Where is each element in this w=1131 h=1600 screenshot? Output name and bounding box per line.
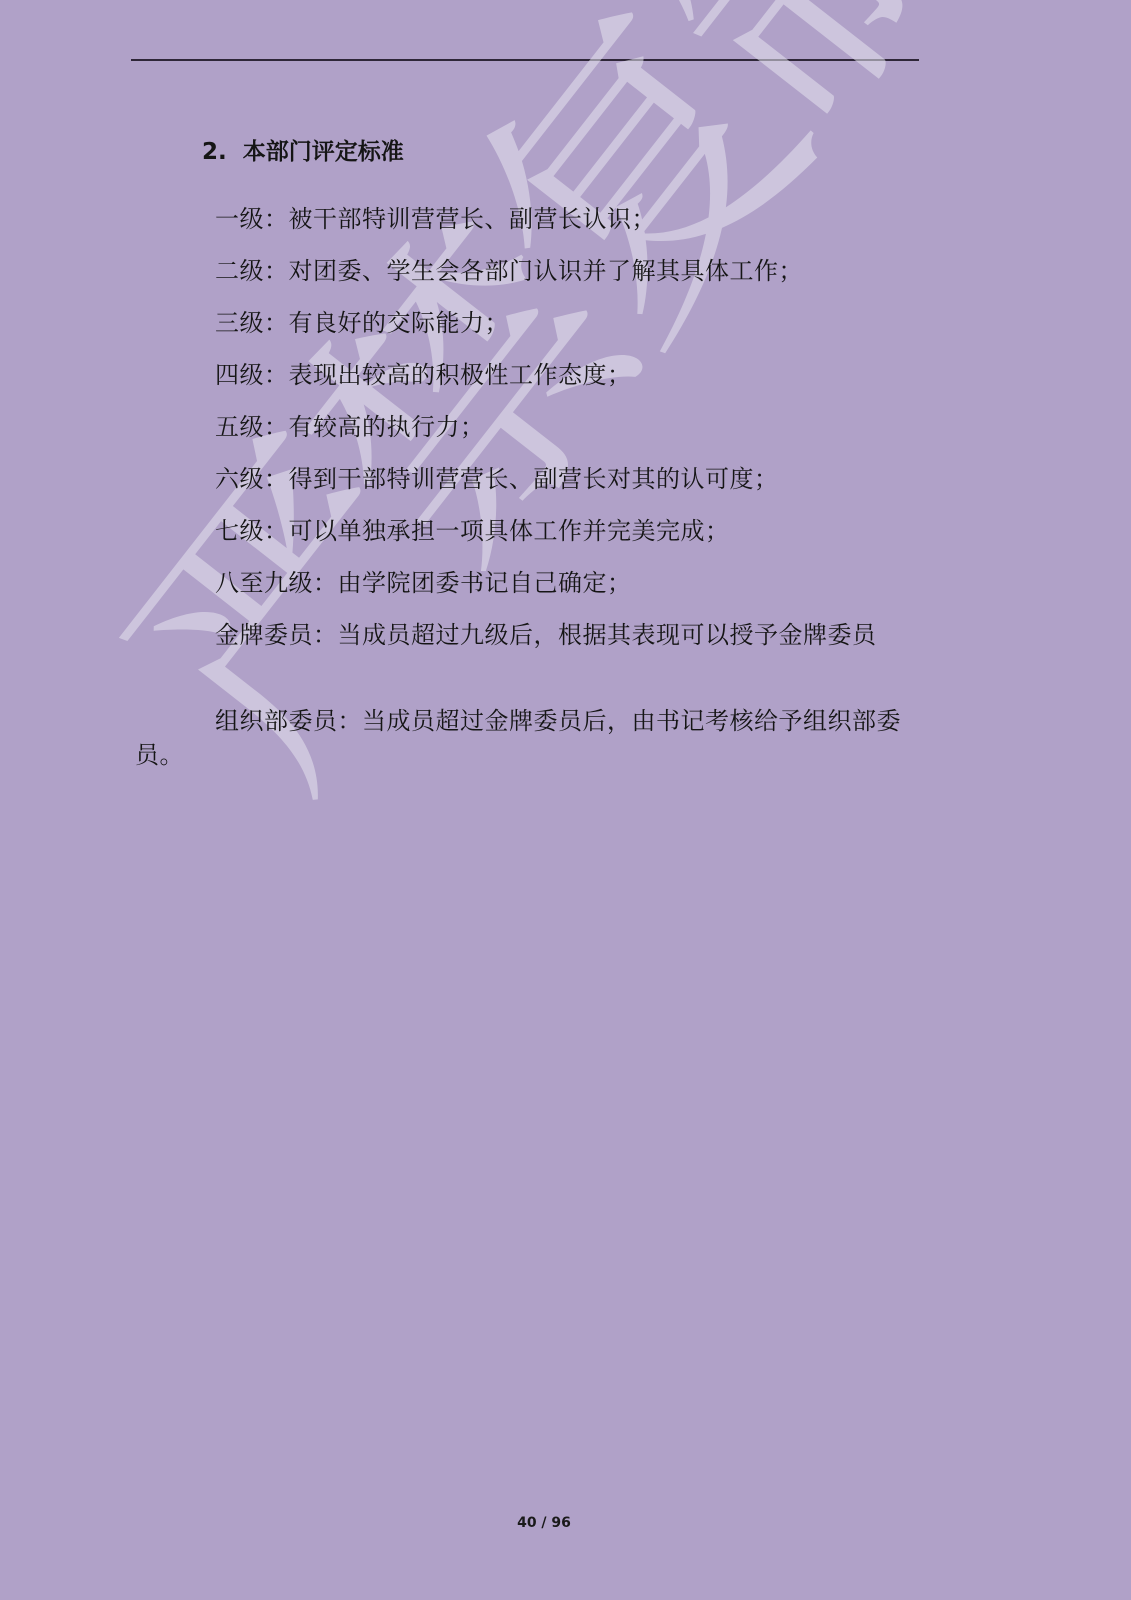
- level-text: 五级：有较高的执行力；: [215, 413, 485, 441]
- level-text: 七级：可以单独承担一项具体工作并完美完成；: [215, 517, 730, 545]
- gold-member: 金牌委员：当成员超过九级后，根据其表现可以授予金牌委员: [135, 618, 910, 652]
- section-heading: 2.本部门评定标准: [202, 133, 404, 166]
- level-text: 三级：有良好的交际能力；: [215, 309, 509, 337]
- section-title: 本部门评定标准: [243, 139, 404, 165]
- level-2: 二级：对团委、学生会各部门认识并了解其具体工作；: [135, 254, 910, 288]
- level-5: 五级：有较高的执行力；: [135, 410, 910, 444]
- level-text: 四级：表现出较高的积极性工作态度；: [215, 361, 632, 389]
- level-text: 一级：被干部特训营营长、副营长认识；: [215, 205, 656, 233]
- level-text: 八至九级：由学院团委书记自己确定；: [215, 569, 632, 597]
- page-number: 40 / 96: [0, 1515, 1088, 1531]
- level-text: 组织部委员：当成员超过金牌委员后，由书记考核给予组织部委员。: [135, 707, 901, 769]
- level-1: 一级：被干部特训营营长、副营长认识；: [135, 202, 910, 236]
- level-text: 二级：对团委、学生会各部门认识并了解其具体工作；: [215, 257, 803, 285]
- header-rule: [131, 59, 919, 61]
- section-number: 2.: [202, 139, 227, 165]
- organization-member: 组织部委员：当成员超过金牌委员后，由书记考核给予组织部委员。: [135, 704, 910, 772]
- level-3: 三级：有良好的交际能力；: [135, 306, 910, 340]
- level-7: 七级：可以单独承担一项具体工作并完美完成；: [135, 514, 910, 548]
- level-6: 六级：得到干部特训营营长、副营长对其的认可度；: [135, 462, 910, 496]
- level-text: 金牌委员：当成员超过九级后，根据其表现可以授予金牌委员: [215, 621, 877, 649]
- level-text: 六级：得到干部特训营营长、副营长对其的认可度；: [215, 465, 779, 493]
- level-4: 四级：表现出较高的积极性工作态度；: [135, 358, 910, 392]
- level-8-9: 八至九级：由学院团委书记自己确定；: [135, 566, 910, 600]
